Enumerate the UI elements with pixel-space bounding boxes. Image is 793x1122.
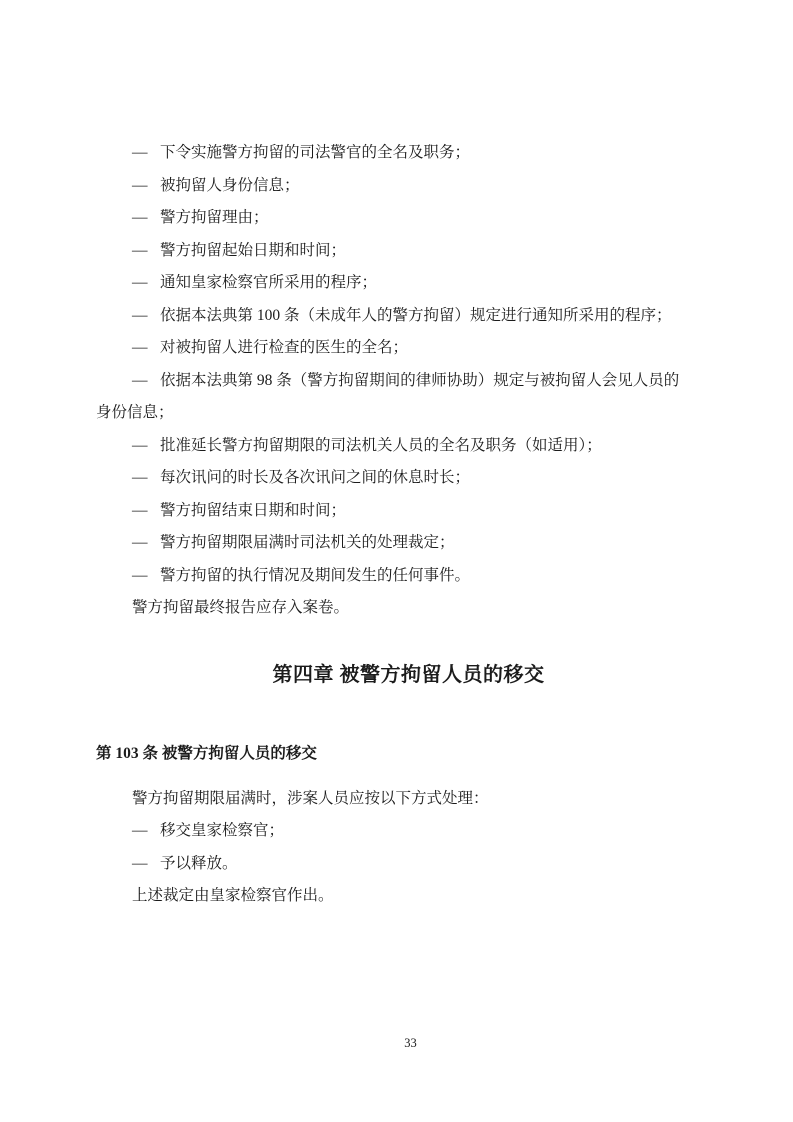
list-item-text: 被拘留人身份信息； <box>160 177 300 194</box>
dash-mark: — <box>132 365 160 398</box>
dash-mark: — <box>132 300 160 333</box>
paragraph-text: 警方拘留最终报告应存入案卷。 <box>132 599 349 616</box>
list-item-text: 批准延长警方拘留期限的司法机关人员的全名及职务（如适用）； <box>160 437 602 454</box>
list-item: —批准延长警方拘留期限的司法机关人员的全名及职务（如适用）； <box>96 430 721 463</box>
paragraph-text: 上述裁定由皇家检察官作出。 <box>132 887 334 904</box>
list-item-text: 予以释放。 <box>160 855 238 872</box>
list-item: —警方拘留的执行情况及期间发生的任何事件。 <box>96 560 721 593</box>
list-item: —警方拘留结束日期和时间； <box>96 495 721 528</box>
list-item-text: 依据本法典第 98 条（警方拘留期间的律师协助）规定与被拘留人会见人员的 <box>160 372 679 389</box>
paragraph: 警方拘留期限届满时，涉案人员应按以下方式处理： <box>96 783 721 816</box>
dash-mark: — <box>132 527 160 560</box>
list-item-text: 下令实施警方拘留的司法警官的全名及职务； <box>160 144 470 161</box>
article-heading: 第 103 条 被警方拘留人员的移交 <box>96 738 721 771</box>
list-item: —依据本法典第 98 条（警方拘留期间的律师协助）规定与被拘留人会见人员的 <box>96 365 721 398</box>
list-item: —依据本法典第 100 条（未成年人的警方拘留）规定进行通知所采用的程序； <box>96 300 721 333</box>
list-item-text: 身份信息； <box>96 404 174 421</box>
dash-mark: — <box>132 267 160 300</box>
list-item: —对被拘留人进行检查的医生的全名； <box>96 332 721 365</box>
chapter-heading: 第四章 被警方拘留人员的移交 <box>96 660 721 690</box>
list-item: —警方拘留理由； <box>96 202 721 235</box>
document-body: —下令实施警方拘留的司法警官的全名及职务； —被拘留人身份信息； —警方拘留理由… <box>96 137 721 913</box>
list-item-text: 依据本法典第 100 条（未成年人的警方拘留）规定进行通知所采用的程序； <box>160 307 672 324</box>
document-page: —下令实施警方拘留的司法警官的全名及职务； —被拘留人身份信息； —警方拘留理由… <box>0 0 793 1122</box>
list-item: —通知皇家检察官所采用的程序； <box>96 267 721 300</box>
list-item-continuation: 身份信息； <box>96 397 721 430</box>
list-item: —被拘留人身份信息； <box>96 170 721 203</box>
dash-mark: — <box>132 560 160 593</box>
dash-mark: — <box>132 848 160 881</box>
list-item: —予以释放。 <box>96 848 721 881</box>
dash-mark: — <box>132 170 160 203</box>
list-item: —移交皇家检察官； <box>96 815 721 848</box>
paragraph: 上述裁定由皇家检察官作出。 <box>96 880 721 913</box>
paragraph-text: 警方拘留期限届满时，涉案人员应按以下方式处理： <box>132 790 489 807</box>
list-item: —每次讯问的时长及各次讯问之间的休息时长； <box>96 462 721 495</box>
list-item-text: 警方拘留的执行情况及期间发生的任何事件。 <box>160 567 470 584</box>
dash-mark: — <box>132 815 160 848</box>
dash-mark: — <box>132 430 160 463</box>
dash-mark: — <box>132 137 160 170</box>
list-item: —下令实施警方拘留的司法警官的全名及职务； <box>96 137 721 170</box>
dash-mark: — <box>132 235 160 268</box>
list-item-text: 移交皇家检察官； <box>160 822 284 839</box>
dash-mark: — <box>132 462 160 495</box>
list-item: —警方拘留起始日期和时间； <box>96 235 721 268</box>
dash-mark: — <box>132 495 160 528</box>
paragraph: 警方拘留最终报告应存入案卷。 <box>96 592 721 625</box>
list-item: —警方拘留期限届满时司法机关的处理裁定； <box>96 527 721 560</box>
list-item-text: 通知皇家检察官所采用的程序； <box>160 274 377 291</box>
list-item-text: 警方拘留结束日期和时间； <box>160 502 346 519</box>
dash-mark: — <box>132 202 160 235</box>
list-item-text: 警方拘留理由； <box>160 209 269 226</box>
list-item-text: 警方拘留期限届满时司法机关的处理裁定； <box>160 534 455 551</box>
list-item-text: 对被拘留人进行检查的医生的全名； <box>160 339 408 356</box>
page-number: 33 <box>28 1034 793 1052</box>
dash-mark: — <box>132 332 160 365</box>
list-item-text: 每次讯问的时长及各次讯问之间的休息时长； <box>160 469 470 486</box>
list-item-text: 警方拘留起始日期和时间； <box>160 242 346 259</box>
